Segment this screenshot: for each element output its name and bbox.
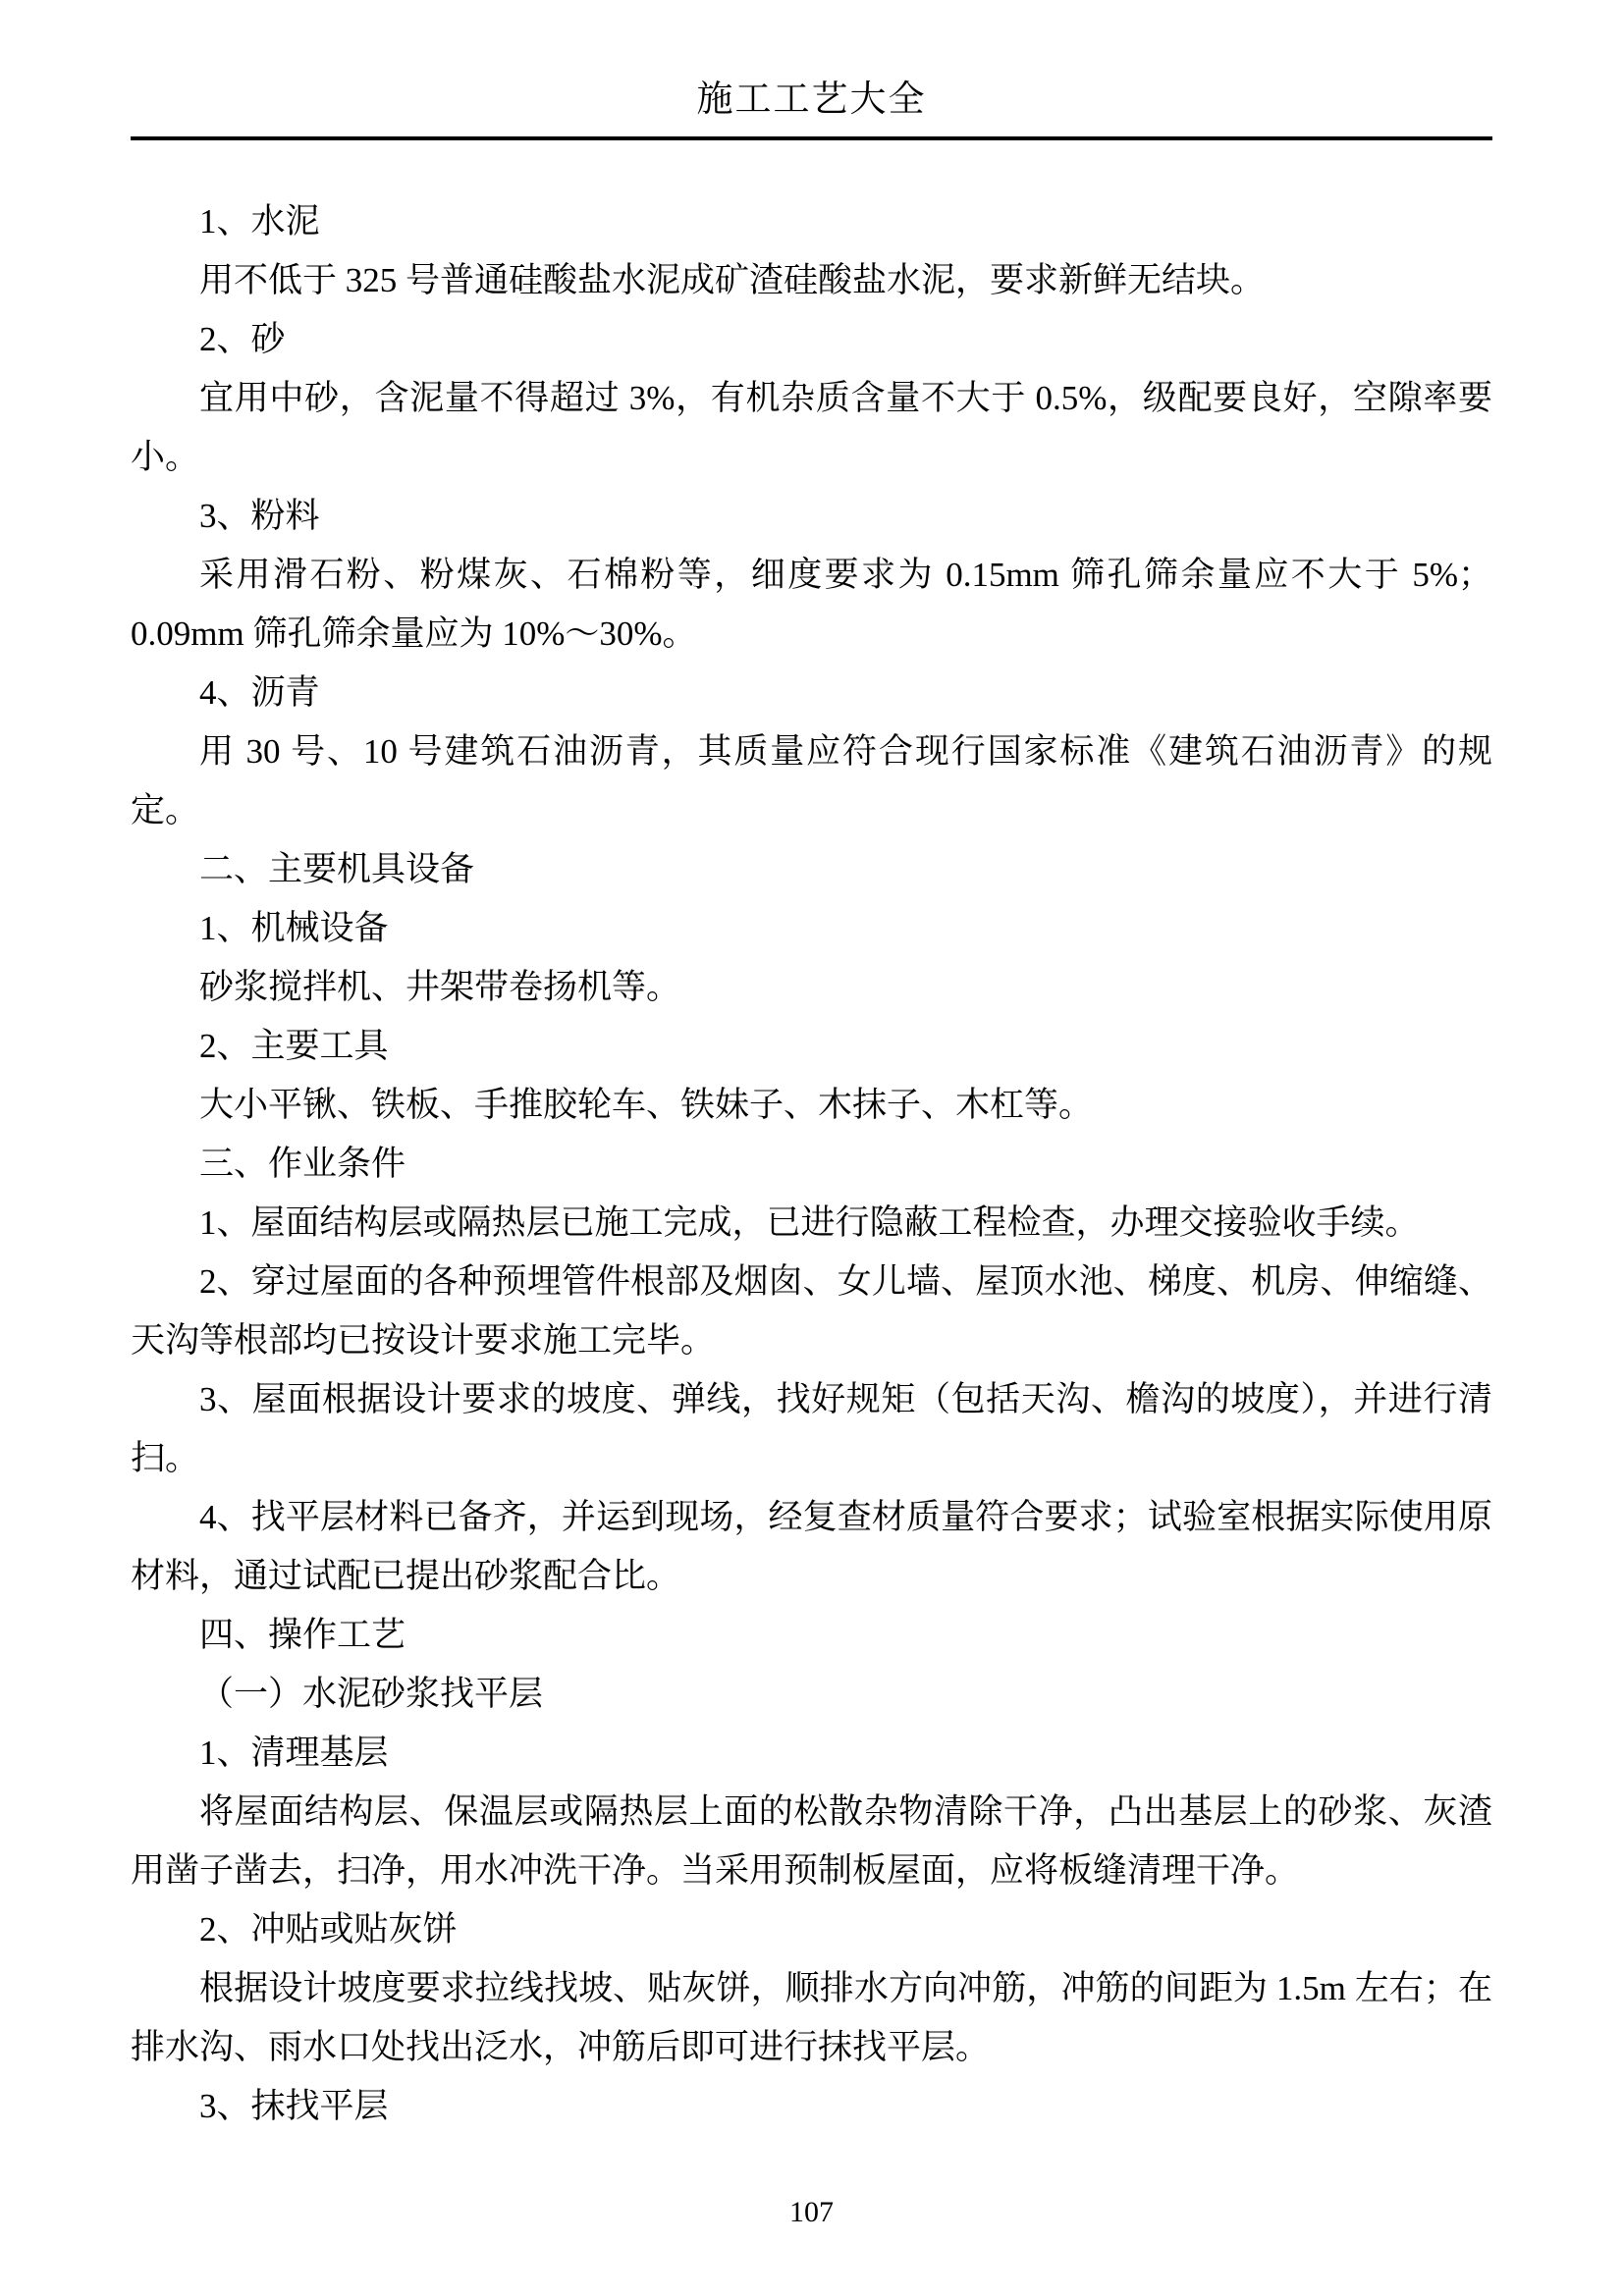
- paragraph: 将屋面结构层、保温层或隔热层上面的松散杂物清除干净，凸出基层上的砂浆、灰渣用凿子…: [131, 1783, 1492, 1900]
- section-heading: 四、操作工艺: [131, 1606, 1492, 1665]
- header-divider: [131, 136, 1492, 140]
- page-number: 107: [789, 2196, 834, 2228]
- list-item: 1、屋面结构层或隔热层已施工完成，已进行隐蔽工程检查，办理交接验收手续。: [131, 1194, 1492, 1253]
- list-item: 1、机械设备: [131, 899, 1492, 958]
- section-heading: 三、作业条件: [131, 1135, 1492, 1194]
- list-item: 2、主要工具: [131, 1017, 1492, 1076]
- list-item: 3、粉料: [131, 487, 1492, 546]
- list-item: 3、屋面根据设计要求的坡度、弹线，找好规矩（包括天沟、檐沟的坡度），并进行清扫。: [131, 1370, 1492, 1488]
- document-page: 施工工艺大全 1、水泥 用不低于 325 号普通硅酸盐水泥成矿渣硅酸盐水泥，要求…: [0, 0, 1623, 2296]
- list-item: 2、砂: [131, 310, 1492, 369]
- paragraph: 大小平锹、铁板、手推胶轮车、铁妹子、木抹子、木杠等。: [131, 1076, 1492, 1135]
- subsection-heading: （一）水泥砂浆找平层: [131, 1665, 1492, 1724]
- list-item: 1、水泥: [131, 192, 1492, 251]
- list-item: 4、找平层材料已备齐，并运到现场，经复查材质量符合要求；试验室根据实际使用原材料…: [131, 1488, 1492, 1606]
- page-header: 施工工艺大全: [131, 80, 1492, 140]
- paragraph: 砂浆搅拌机、井架带卷扬机等。: [131, 958, 1492, 1017]
- page-footer: 107: [0, 2196, 1623, 2229]
- list-item: 1、清理基层: [131, 1724, 1492, 1783]
- paragraph: 采用滑石粉、粉煤灰、石棉粉等，细度要求为 0.15mm 筛孔筛余量应不大于 5%…: [131, 546, 1492, 664]
- paragraph: 用 30 号、10 号建筑石油沥青，其质量应符合现行国家标准《建筑石油沥青》的规…: [131, 722, 1492, 840]
- list-item: 2、穿过屋面的各种预埋管件根部及烟囱、女儿墙、屋顶水池、梯度、机房、伸缩缝、天沟…: [131, 1253, 1492, 1370]
- list-item: 2、冲贴或贴灰饼: [131, 1900, 1492, 1959]
- section-heading: 二、主要机具设备: [131, 840, 1492, 899]
- document-body: 1、水泥 用不低于 325 号普通硅酸盐水泥成矿渣硅酸盐水泥，要求新鲜无结块。 …: [131, 192, 1492, 2136]
- paragraph: 用不低于 325 号普通硅酸盐水泥成矿渣硅酸盐水泥，要求新鲜无结块。: [131, 251, 1492, 310]
- list-item: 3、抹找平层: [131, 2077, 1492, 2136]
- page-header-title: 施工工艺大全: [131, 80, 1492, 120]
- paragraph: 根据设计坡度要求拉线找坡、贴灰饼，顺排水方向冲筋，冲筋的间距为 1.5m 左右；…: [131, 1959, 1492, 2077]
- list-item: 4、沥青: [131, 664, 1492, 722]
- paragraph: 宜用中砂，含泥量不得超过 3%，有机杂质含量不大于 0.5%，级配要良好，空隙率…: [131, 369, 1492, 487]
